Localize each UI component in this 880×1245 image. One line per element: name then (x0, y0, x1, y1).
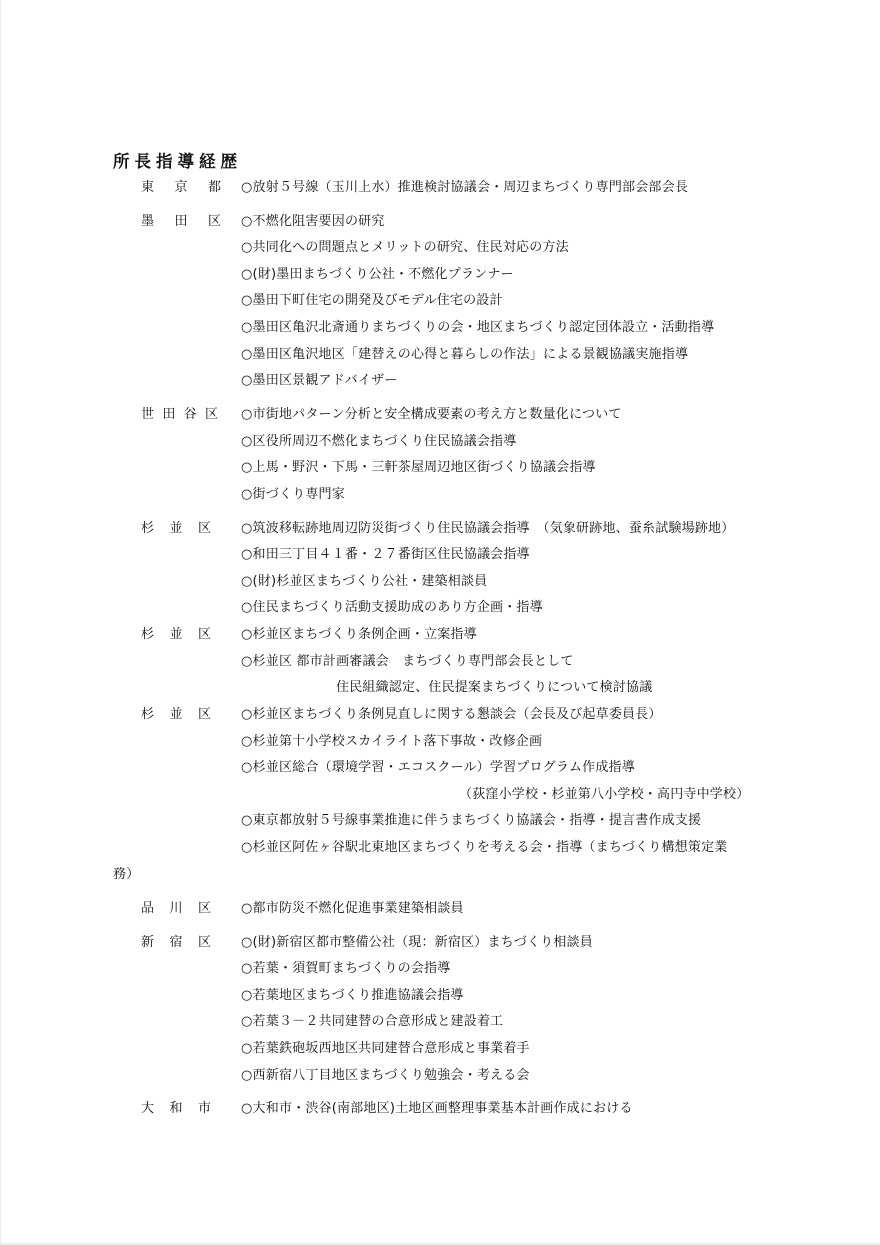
list-item: ○不燃化阻害要因の研究 (241, 212, 385, 232)
list-item: ○杉並区総合（環境学習・エコスクール）学習プログラム作成指導 (241, 758, 635, 778)
list-item: ○杉並区 都市計画審議会 まちづくり専門部会長として (241, 652, 574, 672)
region-char: 区 (205, 405, 218, 425)
region-char: 市 (198, 1099, 211, 1119)
section-shinjuku: 新 宿 区 ○(財)新宿区都市整備公社（現：新宿区）まちづくり相談員 (0, 933, 880, 953)
section-sumida: 墨 田 区 ○不燃化阻害要因の研究 (0, 212, 880, 232)
region-label: 墨 田 区 (141, 212, 221, 232)
list-item: ○住民まちづくり活動支援助成のあり方企画・指導 (241, 598, 543, 618)
region-char: 並 (169, 705, 182, 725)
region-char: 杉 (141, 625, 154, 645)
section-suginami-1: 杉 並 区 ○筑波移転跡地周辺防災街づくり住民協議会指導 （気象研跡地、蚕糸試験… (0, 519, 880, 539)
list-item: ○大和市・渋谷(南部地区)土地区画整理事業基本計画作成における (241, 1099, 633, 1119)
region-char: 品 (141, 899, 154, 919)
section-tokyo: 東 京 都 ○放射５号線（玉川上水）推進検討協議会・周辺まちづくり専門部会部会長 (0, 178, 880, 198)
list-item: ○都市防災不燃化促進事業建築相談員 (241, 899, 464, 919)
region-char: 区 (198, 899, 211, 919)
region-char: 京 (174, 178, 187, 198)
section-yamato: 大 和 市 ○大和市・渋谷(南部地区)土地区画整理事業基本計画作成における (0, 1099, 880, 1119)
region-label: 東 京 都 (141, 178, 221, 198)
region-label: 新 宿 区 (141, 933, 211, 953)
list-item: ○若葉３－２共同建替の合意形成と建設着工 (241, 1012, 503, 1032)
list-item-continuation: （荻窪小学校・杉並第八小学校・高円寺中学校） (459, 785, 749, 805)
region-char: 区 (198, 705, 211, 725)
list-item: ○杉並区まちづくり条例企画・立案指導 (241, 625, 477, 645)
section-shinagawa: 品 川 区 ○都市防災不燃化促進事業建築相談員 (0, 899, 880, 919)
list-item: ○杉並区まちづくり条例見直しに関する懇談会（会長及び起草委員長） (241, 705, 662, 725)
list-item: ○杉並第十小学校スカイライト落下事故・改修企画 (241, 732, 542, 752)
list-item: ○(財)新宿区都市整備公社（現：新宿区）まちづくり相談員 (241, 933, 593, 953)
list-item: ○若葉・須賀町まちづくりの会指導 (241, 959, 450, 979)
list-item: ○和田三丁目４１番・２７番街区住民協議会指導 (241, 545, 530, 565)
list-item: ○東京都放射５号線事業推進に伴うまちづくり協議会・指導・提言書作成支援 (241, 811, 701, 831)
region-label: 杉 並 区 (141, 705, 211, 725)
region-char: 東 (141, 178, 154, 198)
list-item: ○上馬・野沢・下馬・三軒茶屋周辺地区街づくり協議会指導 (241, 458, 596, 478)
list-item: ○西新宿八丁目地区まちづくり勉強会・考える会 (241, 1066, 530, 1086)
region-char: 田 (174, 212, 187, 232)
list-item: ○墨田区亀沢地区「建替えの心得と暮らしの作法」による景観協議実施指導 (241, 345, 688, 365)
page-title: 所長指導経歴 (113, 148, 242, 172)
list-item: ○(財)墨田まちづくり公社・不燃化プランナー (241, 265, 514, 285)
region-char: 区 (198, 933, 211, 953)
region-char: 谷 (184, 405, 197, 425)
region-char: 墨 (141, 212, 154, 232)
region-char: 杉 (141, 519, 154, 539)
region-char: 新 (141, 933, 154, 953)
region-label: 大 和 市 (141, 1099, 211, 1119)
section-suginami-2: 杉 並 区 ○杉並区まちづくり条例企画・立案指導 (0, 625, 880, 645)
region-label: 品 川 区 (141, 899, 211, 919)
section-setagaya: 世 田 谷 区 ○市街地パターン分析と安全構成要素の考え方と数量化について (0, 405, 880, 425)
list-item: ○市街地パターン分析と安全構成要素の考え方と数量化について (241, 405, 622, 425)
list-item: ○筑波移転跡地周辺防災街づくり住民協議会指導 （気象研跡地、蚕糸試験場跡地） (241, 519, 734, 539)
region-char: 田 (162, 405, 175, 425)
region-char: 宿 (169, 933, 182, 953)
region-label: 世 田 谷 区 (141, 405, 218, 425)
region-char: 杉 (141, 705, 154, 725)
region-char: 和 (169, 1099, 182, 1119)
region-label: 杉 並 区 (141, 519, 211, 539)
region-char: 並 (169, 519, 182, 539)
list-item-wrap: 務） (113, 865, 139, 885)
section-suginami-3: 杉 並 区 ○杉並区まちづくり条例見直しに関する懇談会（会長及び起草委員長） (0, 705, 880, 725)
region-char: 世 (141, 405, 154, 425)
list-item: ○共同化への問題点とメリットの研究、住民対応の方法 (241, 238, 569, 258)
list-item: ○墨田区亀沢北斎通りまちづくりの会・地区まちづくり認定団体設立・活動指導 (241, 318, 714, 338)
region-char: 区 (198, 519, 211, 539)
region-char: 川 (169, 899, 182, 919)
list-item-continuation: 住民組織認定、住民提案まちづくりについて検討協議 (336, 678, 652, 698)
list-item: ○街づくり専門家 (241, 485, 345, 505)
region-char: 都 (208, 178, 221, 198)
list-item: ○墨田区景観アドバイザー (241, 371, 397, 391)
region-label: 杉 並 区 (141, 625, 211, 645)
region-char: 大 (141, 1099, 154, 1119)
region-char: 区 (208, 212, 221, 232)
list-item: ○墨田下町住宅の開発及びモデル住宅の設計 (241, 291, 503, 311)
list-item: ○若葉地区まちづくり推進協議会指導 (241, 986, 464, 1006)
region-char: 区 (198, 625, 211, 645)
list-item: ○放射５号線（玉川上水）推進検討協議会・周辺まちづくり専門部会部会長 (241, 178, 688, 198)
region-char: 並 (169, 625, 182, 645)
list-item: ○杉並区阿佐ヶ谷駅北東地区まちづくりを考える会・指導（まちづくり構想策定業 (241, 838, 727, 858)
list-item: ○(財)杉並区まちづくり公社・建築相談員 (241, 572, 487, 592)
list-item: ○若葉鉄砲坂西地区共同建替合意形成と事業着手 (241, 1039, 530, 1059)
list-item: ○区役所周辺不燃化まちづくり住民協議会指導 (241, 432, 516, 452)
